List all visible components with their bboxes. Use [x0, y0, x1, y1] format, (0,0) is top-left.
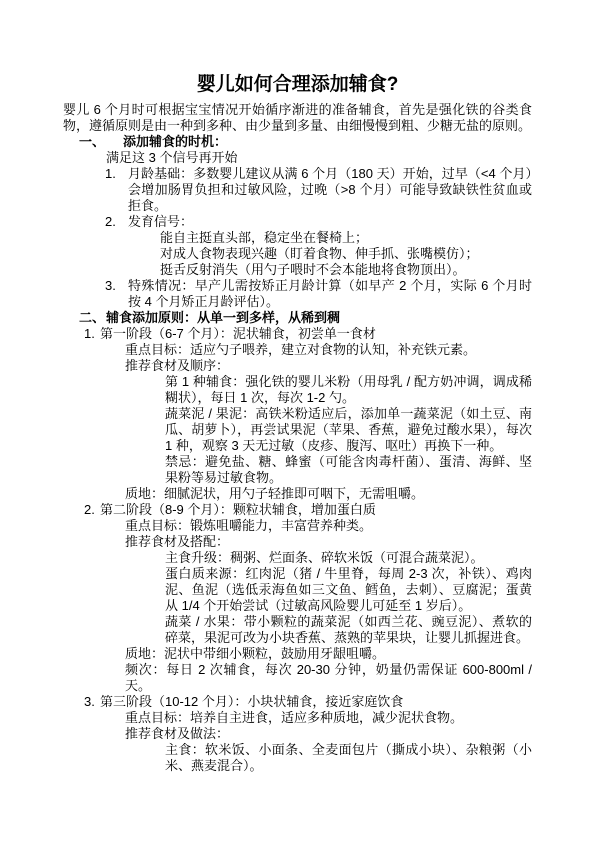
list-item-development-signals: 2.发育信号：	[63, 214, 532, 230]
stage-3-foods-heading: 推荐食材及做法：	[63, 726, 532, 742]
stage-2-staple-upgrade: 主食升级：稠粥、烂面条、碎软米饭（可混合蔬菜泥）。	[63, 550, 532, 566]
stage-1-texture: 质地：细腻泥状，用勺子轻推即可咽下，无需咀嚼。	[63, 486, 532, 502]
signals-lead-line: 满足这 3 个信号再开始	[63, 150, 532, 166]
signal-line-head-control: 能自主挺直头部，稳定坐在餐椅上；	[63, 230, 532, 246]
list-item-stage-2: 2.第二阶段（8-9 个月）：颗粒状辅食，增加蛋白质	[63, 502, 532, 518]
document-page: 婴儿如何合理添加辅食? 婴儿 6 个月时可根据宝宝情况开始循序渐进的准备辅食，首…	[0, 0, 595, 841]
stage-2-protein-sources: 蛋白质来源：红肉泥（猪 / 牛里脊，每周 2-3 次，补铁）、鸡肉泥、鱼泥（选低…	[63, 566, 532, 614]
list-item-stage-1: 1.第一阶段（6-7 个月）：泥状辅食，初尝单一食材	[63, 326, 532, 342]
section-1-heading: 一、添加辅食的时机：	[63, 134, 532, 150]
stage-2-texture: 质地：泥状中带细小颗粒，鼓励用牙龈咀嚼。	[63, 646, 532, 662]
list-item-special-case: 3.特殊情况：早产儿需按矫正月龄计算（如早产 2 个月，实际 6 个月时按 4 …	[63, 278, 532, 310]
list-number: 2.	[84, 502, 95, 518]
intro-paragraph: 婴儿 6 个月时可根据宝宝情况开始循序渐进的准备辅食，首先是强化铁的谷类食物，遵…	[63, 102, 532, 134]
list-text: 发育信号：	[128, 214, 193, 229]
list-number: 3.	[84, 694, 95, 710]
list-number: 1.	[105, 166, 116, 182]
doc-body: 婴儿 6 个月时可根据宝宝情况开始循序渐进的准备辅食，首先是强化铁的谷类食物，遵…	[63, 102, 532, 774]
stage-2-foods-heading: 推荐食材及搭配：	[63, 534, 532, 550]
stage-2-vegetable-fruit: 蔬菜 / 水果：带小颗粒的蔬菜泥（如西兰花、豌豆泥）、煮软的碎菜，果泥可改为小块…	[63, 614, 532, 646]
list-text: 特殊情况：早产儿需按矫正月龄计算（如早产 2 个月，实际 6 个月时按 4 个月…	[128, 278, 532, 309]
section-1-number: 一、	[79, 134, 123, 150]
stage-2-frequency: 频次：每日 2 次辅食，每次 20-30 分钟，奶量仍需保证 600-800ml…	[63, 662, 532, 694]
doc-title: 婴儿如何合理添加辅食?	[63, 0, 532, 98]
list-number: 3.	[105, 278, 116, 294]
stage-2-goal: 重点目标：锻炼咀嚼能力，丰富营养种类。	[63, 518, 532, 534]
stage-1-foods-heading: 推荐食材及顺序：	[63, 358, 532, 374]
signal-line-tongue-reflex: 挺舌反射消失（用勺子喂时不会本能地将食物顶出）。	[63, 262, 532, 278]
section-2-number: 二、	[79, 310, 106, 326]
list-number: 1.	[84, 326, 95, 342]
stage-3-goal: 重点目标：培养自主进食，适应多种质地，减少泥状食物。	[63, 710, 532, 726]
list-number: 2.	[105, 214, 116, 230]
stage-1-taboos: 禁忌：避免盐、糖、蜂蜜（可能含肉毒杆菌）、蛋清、海鲜、坚果粉等易过敏食物。	[63, 454, 532, 486]
stage-3-staple: 主食：软米饭、小面条、全麦面包片（撕成小块）、杂粮粥（小米、燕麦混合）。	[63, 742, 532, 774]
section-2-title: 辅食添加原则：从单一到多样，从稀到稠	[106, 310, 340, 325]
stage-1-vegetable-fruit-puree: 蔬菜泥 / 果泥：高铁米粉适应后，添加单一蔬菜泥（如土豆、南瓜、胡萝卜），再尝试…	[63, 406, 532, 454]
list-item-stage-3: 3.第三阶段（10-12 个月）：小块状辅食，接近家庭饮食	[63, 694, 532, 710]
section-2-heading: 二、辅食添加原则：从单一到多样，从稀到稠	[63, 310, 532, 326]
section-1-title: 添加辅食的时机：	[123, 134, 227, 149]
list-text: 第一阶段（6-7 个月）：泥状辅食，初尝单一食材	[100, 326, 376, 341]
list-item-age-basis: 1.月龄基础：多数婴儿建议从满 6 个月（180 天）开始，过早（<4 个月）会…	[63, 166, 532, 214]
list-text: 第三阶段（10-12 个月）：小块状辅食，接近家庭饮食	[100, 694, 403, 709]
list-text: 第二阶段（8-9 个月）：颗粒状辅食，增加蛋白质	[100, 502, 376, 517]
list-text: 月龄基础：多数婴儿建议从满 6 个月（180 天）开始，过早（<4 个月）会增加…	[128, 166, 532, 213]
stage-1-first-food: 第 1 种辅食：强化铁的婴儿米粉（用母乳 / 配方奶冲调，调成稀糊状），每日 1…	[63, 374, 532, 406]
signal-line-food-interest: 对成人食物表现兴趣（盯着食物、伸手抓、张嘴模仿）；	[63, 246, 532, 262]
stage-1-goal: 重点目标：适应勺子喂养，建立对食物的认知，补充铁元素。	[63, 342, 532, 358]
